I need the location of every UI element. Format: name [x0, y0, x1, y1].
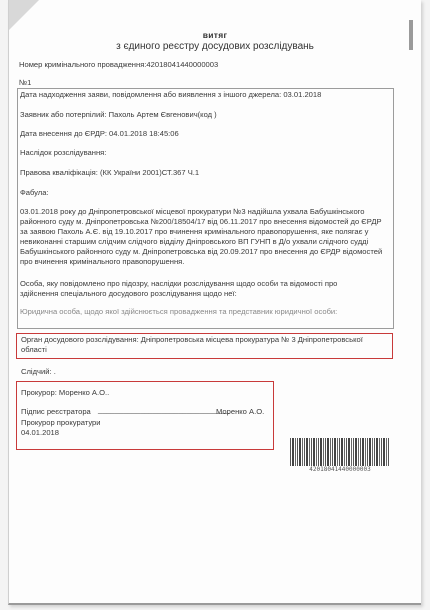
- signer-position: Прокурор прокуратури: [21, 418, 101, 428]
- signature-name: Моренко А.О.: [216, 407, 264, 417]
- legal-qualification: Правова кваліфікація: (КК України 2001)С…: [20, 168, 199, 178]
- investigation-result: Наслідок розслідування:: [20, 148, 106, 158]
- sign-date: 04.01.2018: [21, 428, 59, 438]
- investigation-body: Орган досудового розслідування: Дніпропе…: [21, 335, 386, 355]
- page-fold: [9, 0, 39, 30]
- plot-text: 03.01.2018 року до Дніпропетровської міс…: [20, 207, 390, 267]
- signature-line: _______________________________: [98, 405, 229, 415]
- barcode: [290, 438, 390, 466]
- applicant: Заявник або потерпілий: Пахоль Артем Євг…: [20, 110, 217, 120]
- date-received: Дата надходження заяви, повідомлення або…: [20, 90, 321, 100]
- barcode-number: 42018041440000003: [290, 466, 390, 473]
- signature-label: Підпис реєстратора: [21, 407, 91, 417]
- entry-number: №1: [19, 78, 31, 88]
- date-entered: Дата внесення до ЄРДР: 04.01.2018 18:45:…: [20, 129, 179, 139]
- document-title: витяг: [0, 30, 430, 40]
- suspect-info: Особа, яку повідомлено про підозру, насл…: [20, 279, 360, 299]
- investigator: Слідчий: .: [21, 367, 56, 377]
- case-number: Номер кримінального провадження:42018041…: [19, 60, 218, 70]
- legal-entity-info: Юридична особа, щодо якої здійснюється п…: [20, 307, 337, 317]
- plot-label: Фабула:: [20, 188, 49, 198]
- document-subtitle: з єдиного реєстру досудових розслідувань: [0, 41, 430, 52]
- prosecutor: Прокурор: Моренко А.О..: [21, 388, 109, 398]
